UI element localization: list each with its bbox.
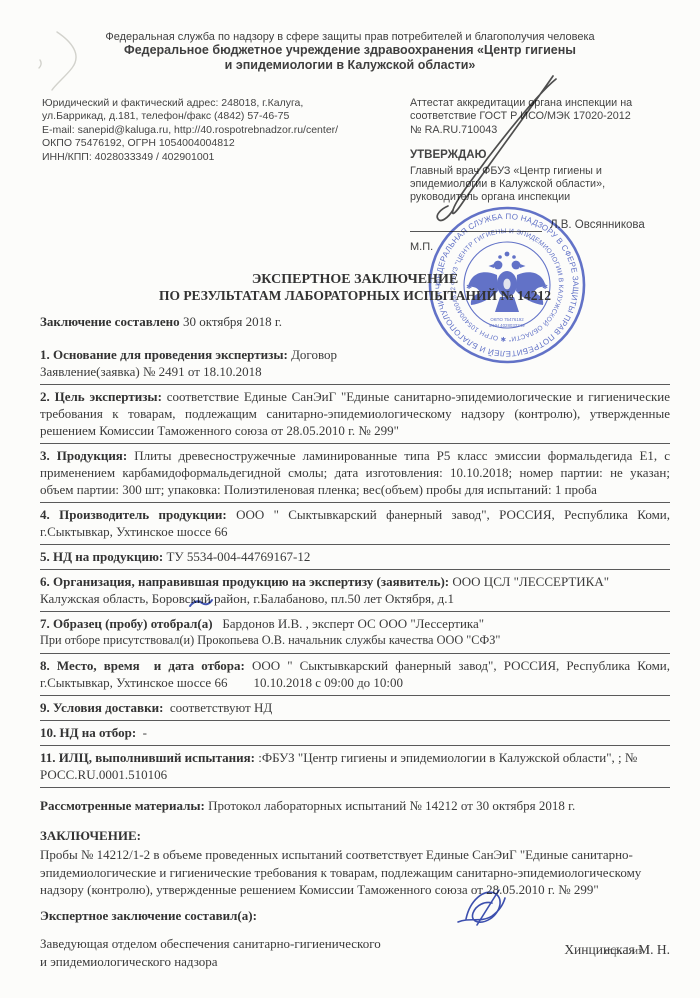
section-4-manufacturer: 4. Производитель продукции: ООО " Сыктыв… (40, 503, 670, 545)
section-7-sampler: 7. Образец (пробу) отобрал(а) Бардонов И… (40, 612, 670, 654)
title-line-1: ЭКСПЕРТНОЕ ЗАКЛЮЧЕНИЕ (40, 272, 670, 288)
section-label: 1. Основание для проведения экспертизы: (40, 347, 288, 362)
composer-role-line: Заведующая отделом обеспечения санитарно… (40, 935, 440, 953)
section-11-testing-lab: 11. ИЛЦ, выполнивший испытания: :ФБУЗ "Ц… (40, 746, 670, 788)
section-extra-line: Калужская область, Боровский район, г.Ба… (40, 590, 670, 607)
document-body: ЭКСПЕРТНОЕ ЗАКЛЮЧЕНИЕ ПО РЕЗУЛЬТАТАМ ЛАБ… (40, 272, 670, 971)
section-10-nd-sampling: 10. НД на отбор: - (40, 721, 670, 746)
section-extra-line: Заявление(заявка) № 2491 от 18.10.2018 (40, 363, 670, 380)
composer-row: Заведующая отделом обеспечения санитарно… (40, 935, 670, 971)
reviewed-label: Рассмотренные материалы: (40, 798, 205, 813)
section-label: 7. Образец (пробу) отобрал(а) (40, 616, 213, 631)
section-value: соответствуют НД (170, 700, 272, 715)
section-2-purpose: 2. Цель экспертизы: соответствие Единые … (40, 385, 670, 444)
approval-heading: УТВЕРЖДАЮ (410, 149, 682, 162)
accreditation-line: соответствие ГОСТ Р ИСО/МЭК 17020-2012 (410, 110, 682, 123)
section-label: 11. ИЛЦ, выполнивший испытания: (40, 750, 255, 765)
composed-label: Заключение составлено (40, 314, 180, 329)
institution-name-line1: Федеральное бюджетное учреждение здравоо… (0, 43, 700, 58)
institution-name-line2: и эпидемиологии в Калужской области» (0, 58, 700, 73)
accreditation-line: № RA.RU.710043 (410, 124, 682, 137)
reviewed-materials-line: Рассмотренные материалы: Протокол лабора… (40, 797, 670, 814)
section-label: 8. Место, время и дата отбора: (40, 658, 245, 673)
section-value: ТУ 5534-004-44769167-12 (166, 549, 310, 564)
contact-line: E-mail: sanepid@kaluga.ru, http://40.ros… (42, 124, 402, 137)
contact-line: ИНН/КПП: 4028033349 / 402901001 (42, 151, 402, 164)
section-label: 6. Организация, направившая продукцию на… (40, 574, 449, 589)
accreditation-line: Аттестат аккредитации органа инспекции н… (410, 97, 682, 110)
section-label: 3. Продукция: (40, 448, 127, 463)
composer-role: Заведующая отделом обеспечения санитарно… (40, 935, 440, 971)
composer-role-line: и эпидемиологического надзора (40, 953, 440, 971)
approval-line: эпидемиологии в Калужской области», (410, 178, 682, 191)
section-label: 10. НД на отбор: (40, 725, 136, 740)
section-label: 2. Цель экспертизы: (40, 389, 162, 404)
title-line-2: ПО РЕЗУЛЬТАТАМ ЛАБОРАТОРНЫХ ИСПЫТАНИЙ № … (40, 288, 670, 304)
section-label: 5. НД на продукцию: (40, 549, 163, 564)
reviewed-value: Протокол лабораторных испытаний № 14212 … (208, 798, 575, 813)
composer-heading: Экспертное заключение составил(а): (40, 907, 670, 924)
section-extra-line: При отборе присутствовал(и) Прокопьева О… (40, 632, 670, 649)
approval-line: Главный врач ФБУЗ «Центр гигиены и (410, 165, 682, 178)
contact-line: ОКПО 75476192, ОГРН 1054004004812 (42, 137, 402, 150)
section-5-nd-product: 5. НД на продукцию: ТУ 5534-004-44769167… (40, 545, 670, 570)
section-value: Бардонов И.В. , эксперт ОС ООО "Лессерти… (222, 616, 484, 631)
document-title: ЭКСПЕРТНОЕ ЗАКЛЮЧЕНИЕ ПО РЕЗУЛЬТАТАМ ЛАБ… (40, 272, 670, 304)
composed-value: 30 октября 2018 г. (183, 314, 282, 329)
contact-line: Юридический и фактический адрес: 248018,… (42, 97, 402, 110)
section-value: Договор (291, 347, 337, 362)
contact-block: Юридический и фактический адрес: 248018,… (42, 97, 402, 164)
section-8-sampling-place: 8. Место, время и дата отбора: ООО " Сык… (40, 654, 670, 696)
sections-list: 1. Основание для проведения экспертизы: … (40, 343, 670, 788)
document-page: Федеральная служба по надзору в сфере за… (0, 0, 700, 998)
contact-line: ул.Баррикад, д.181, телефон/факс (4842) … (42, 110, 402, 123)
page-number: стр. 1 из 1 (605, 946, 650, 957)
section-3-product: 3. Продукция: Плиты древесностружечные л… (40, 444, 670, 503)
section-label: 9. Условия доставки: (40, 700, 163, 715)
section-6-applicant: 6. Организация, направившая продукцию на… (40, 570, 670, 612)
section-9-delivery: 9. Условия доставки: соответствуют НД (40, 696, 670, 721)
section-1-basis: 1. Основание для проведения экспертизы: … (40, 343, 670, 385)
letterhead: Федеральная служба по надзору в сфере за… (0, 31, 700, 72)
composed-date-line: Заключение составлено 30 октября 2018 г. (40, 313, 670, 330)
agency-name: Федеральная служба по надзору в сфере за… (0, 31, 700, 43)
section-value: - (143, 725, 147, 740)
conclusion-text: Пробы № 14212/1-2 в объеме проведенных и… (40, 846, 652, 899)
section-label: 4. Производитель продукции: (40, 507, 227, 522)
section-value: ООО ЦСЛ "ЛЕССЕРТИКА" (452, 574, 609, 589)
conclusion-heading: ЗАКЛЮЧЕНИЕ: (40, 827, 670, 844)
section-value: Плиты древесностружечные ламинированные … (40, 448, 670, 497)
